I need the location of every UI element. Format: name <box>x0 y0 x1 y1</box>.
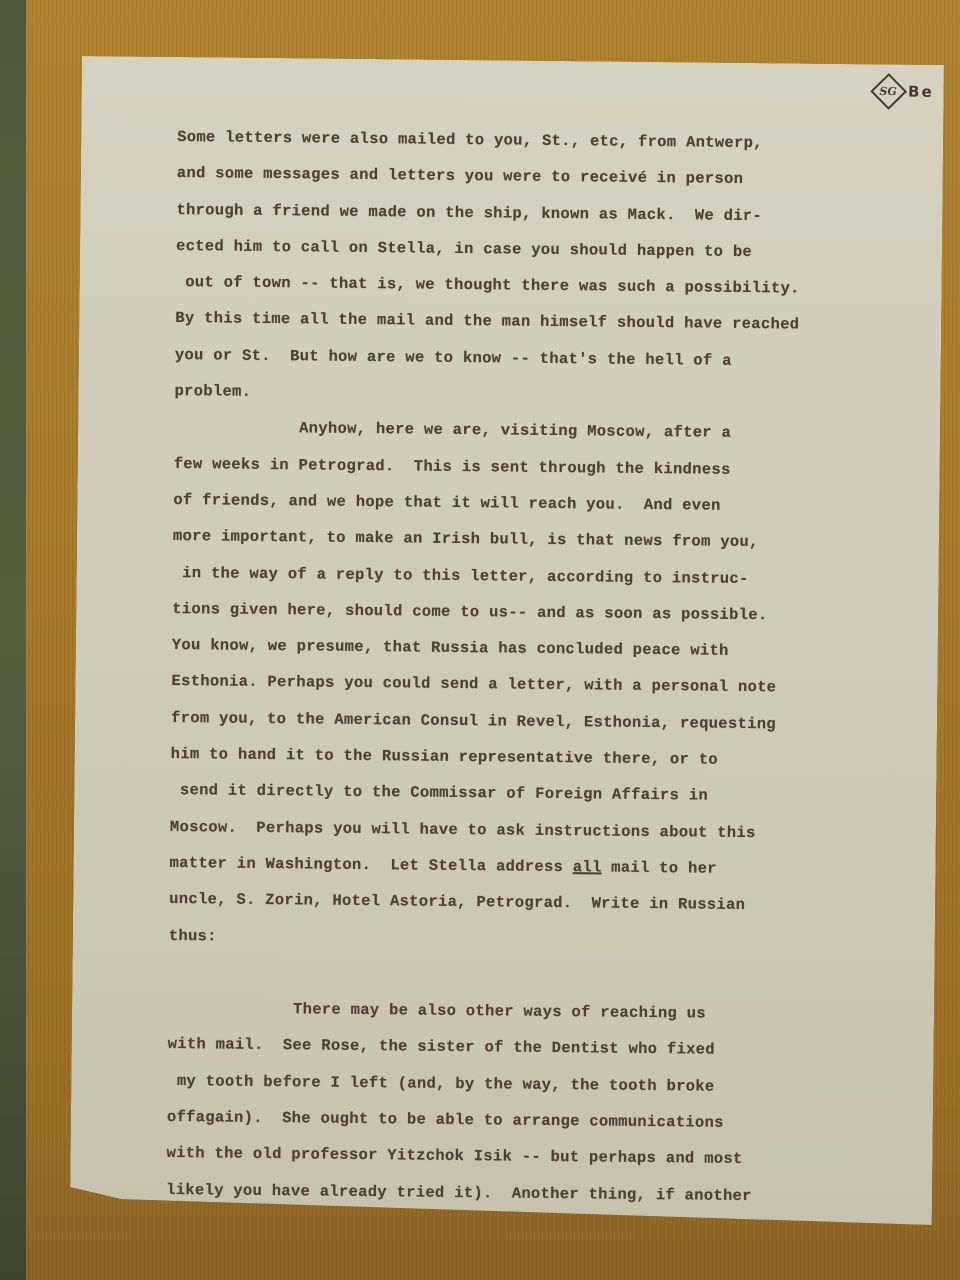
text-line: uncle, S. Zorin, Hotel Astoria, Petrogra… <box>169 881 889 925</box>
underlined-word: all <box>573 858 602 876</box>
background-edge <box>0 0 26 1280</box>
text-segment: mail to her <box>602 858 717 877</box>
text-line: you or St. But how are we to know -- tha… <box>175 337 895 381</box>
stamp-monogram: SG <box>880 85 897 98</box>
archive-stamp: SG Be <box>876 78 934 105</box>
monogram-diamond-icon: SG <box>871 73 908 110</box>
page-code: Be <box>908 83 934 101</box>
letter-page: SG Be Some letters were also mailed to y… <box>70 56 944 1225</box>
letter-body: Some letters were also mailed to you, St… <box>166 119 897 1215</box>
text-segment: matter in Washington. Let Stella address <box>169 854 572 876</box>
